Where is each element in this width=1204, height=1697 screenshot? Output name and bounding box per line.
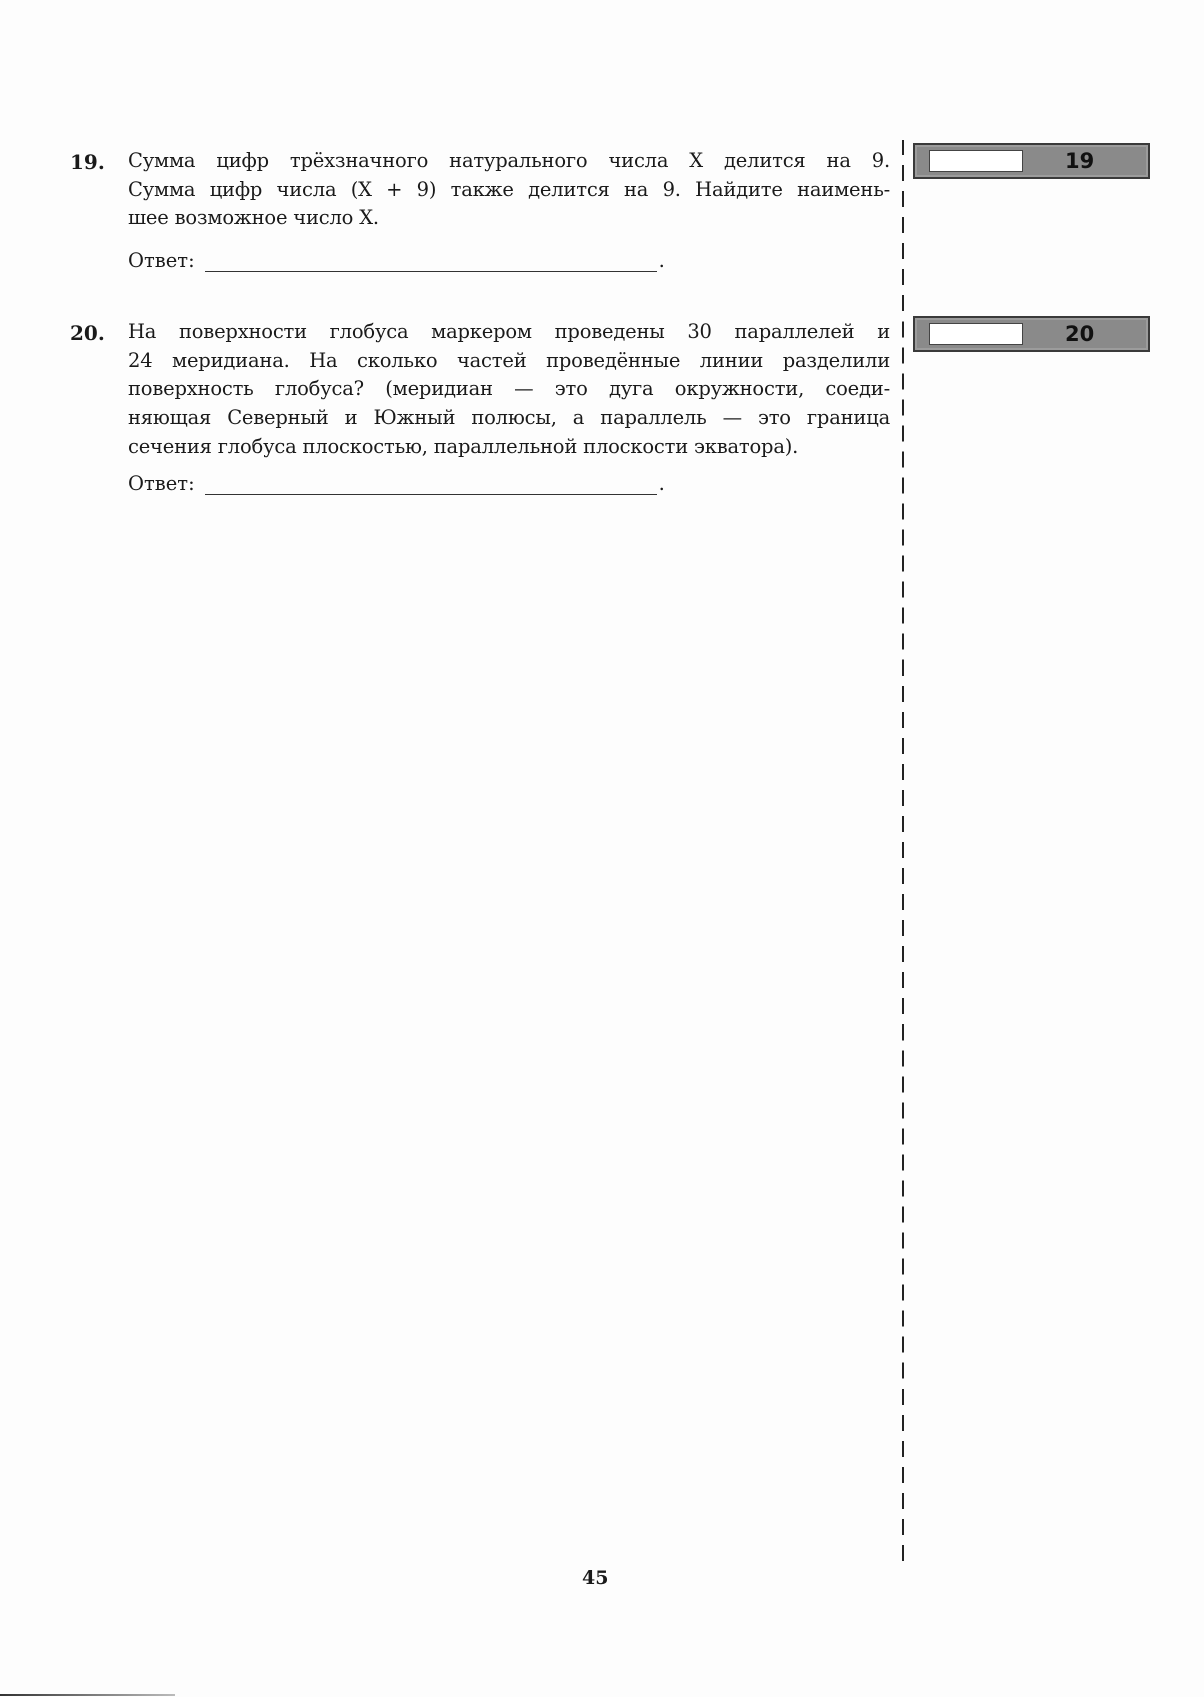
score-box-label: 19 <box>1065 149 1094 173</box>
task-number: 20. <box>70 321 105 345</box>
answer-period: . <box>659 249 665 272</box>
answer-field[interactable] <box>205 478 657 495</box>
score-input[interactable] <box>929 323 1023 345</box>
score-box-19: 19 <box>913 143 1150 179</box>
score-input[interactable] <box>929 150 1023 172</box>
scan-edge-rule <box>0 1694 175 1696</box>
task-text-line: шее возможное число X. <box>128 204 890 233</box>
task-text-line: поверхность глобуса? (меридиан — это дуг… <box>128 375 890 404</box>
task-number: 19. <box>70 150 105 174</box>
task-text-line: На поверхности глобуса маркером проведен… <box>128 318 890 347</box>
task-text: Сумма цифр трёхзначного натурального чис… <box>128 147 890 233</box>
answer-period: . <box>659 472 665 495</box>
answer-row: Ответ: . <box>128 249 665 272</box>
task-text-line: няющая Северный и Южный полюсы, а паралл… <box>128 404 890 433</box>
answer-field[interactable] <box>205 255 657 272</box>
task-text-line: сечения глобуса плоскостью, параллельной… <box>128 433 890 462</box>
task-text-line: Сумма цифр трёхзначного натурального чис… <box>128 147 890 176</box>
score-box-label: 20 <box>1065 322 1094 346</box>
dashed-cut-line <box>902 140 904 1562</box>
task-text-line: Сумма цифр числа (X + 9) также делится н… <box>128 176 890 205</box>
answer-label: Ответ: <box>128 249 195 272</box>
score-box-20: 20 <box>913 316 1150 352</box>
answer-label: Ответ: <box>128 472 195 495</box>
page-number: 45 <box>582 1567 608 1589</box>
task-text-line: 24 меридиана. На сколько частей проведён… <box>128 347 890 376</box>
answer-row: Ответ: . <box>128 472 665 495</box>
task-text: На поверхности глобуса маркером проведен… <box>128 318 890 462</box>
